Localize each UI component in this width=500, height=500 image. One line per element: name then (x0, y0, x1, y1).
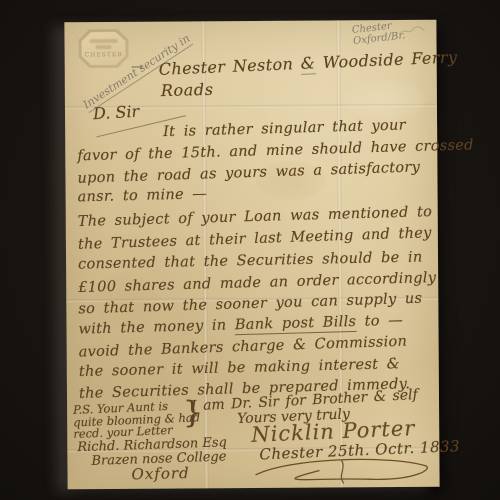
letter-photo-background: CHESTER Investment security in Chester O… (0, 0, 500, 500)
stamp-embossed-row (89, 39, 117, 43)
embossed-stamp: CHESTER (78, 29, 128, 68)
faint-pencil-mark (398, 24, 426, 38)
postscript-brace: } (183, 395, 202, 430)
body-line: ansr. to mine — (77, 186, 207, 205)
signature-flourish (249, 457, 435, 488)
body-line: upon the road as yours was a satisfactor… (77, 159, 420, 186)
heading-ampersand: & (300, 53, 316, 75)
bank-line-pre: with the money in (78, 317, 235, 337)
pencil-arrow-icon: → (131, 58, 144, 76)
body-line: consented that the Securities should be … (78, 249, 423, 272)
letter-paper: CHESTER Investment security in Chester O… (64, 20, 439, 490)
heading-text: Chester Neston (158, 54, 301, 79)
body-line: the sooner it will be making interest & (79, 356, 400, 380)
bank-line-post: to — (356, 313, 403, 330)
salutation: D. Sir (92, 102, 139, 124)
letter-heading-line2: Roads (161, 80, 214, 100)
paper-stain (345, 80, 425, 121)
body-line: the Trustees at their last Meeting and t… (78, 225, 432, 253)
embossed-stamp-face: CHESTER (81, 32, 125, 65)
stamp-embossed-row (96, 45, 112, 49)
bank-bills-underlined: Bank post Bills (235, 314, 357, 335)
stamp-text: CHESTER (84, 51, 122, 58)
address-line3: Oxford (131, 464, 190, 483)
body-line: It is rather singular that your (163, 117, 406, 140)
